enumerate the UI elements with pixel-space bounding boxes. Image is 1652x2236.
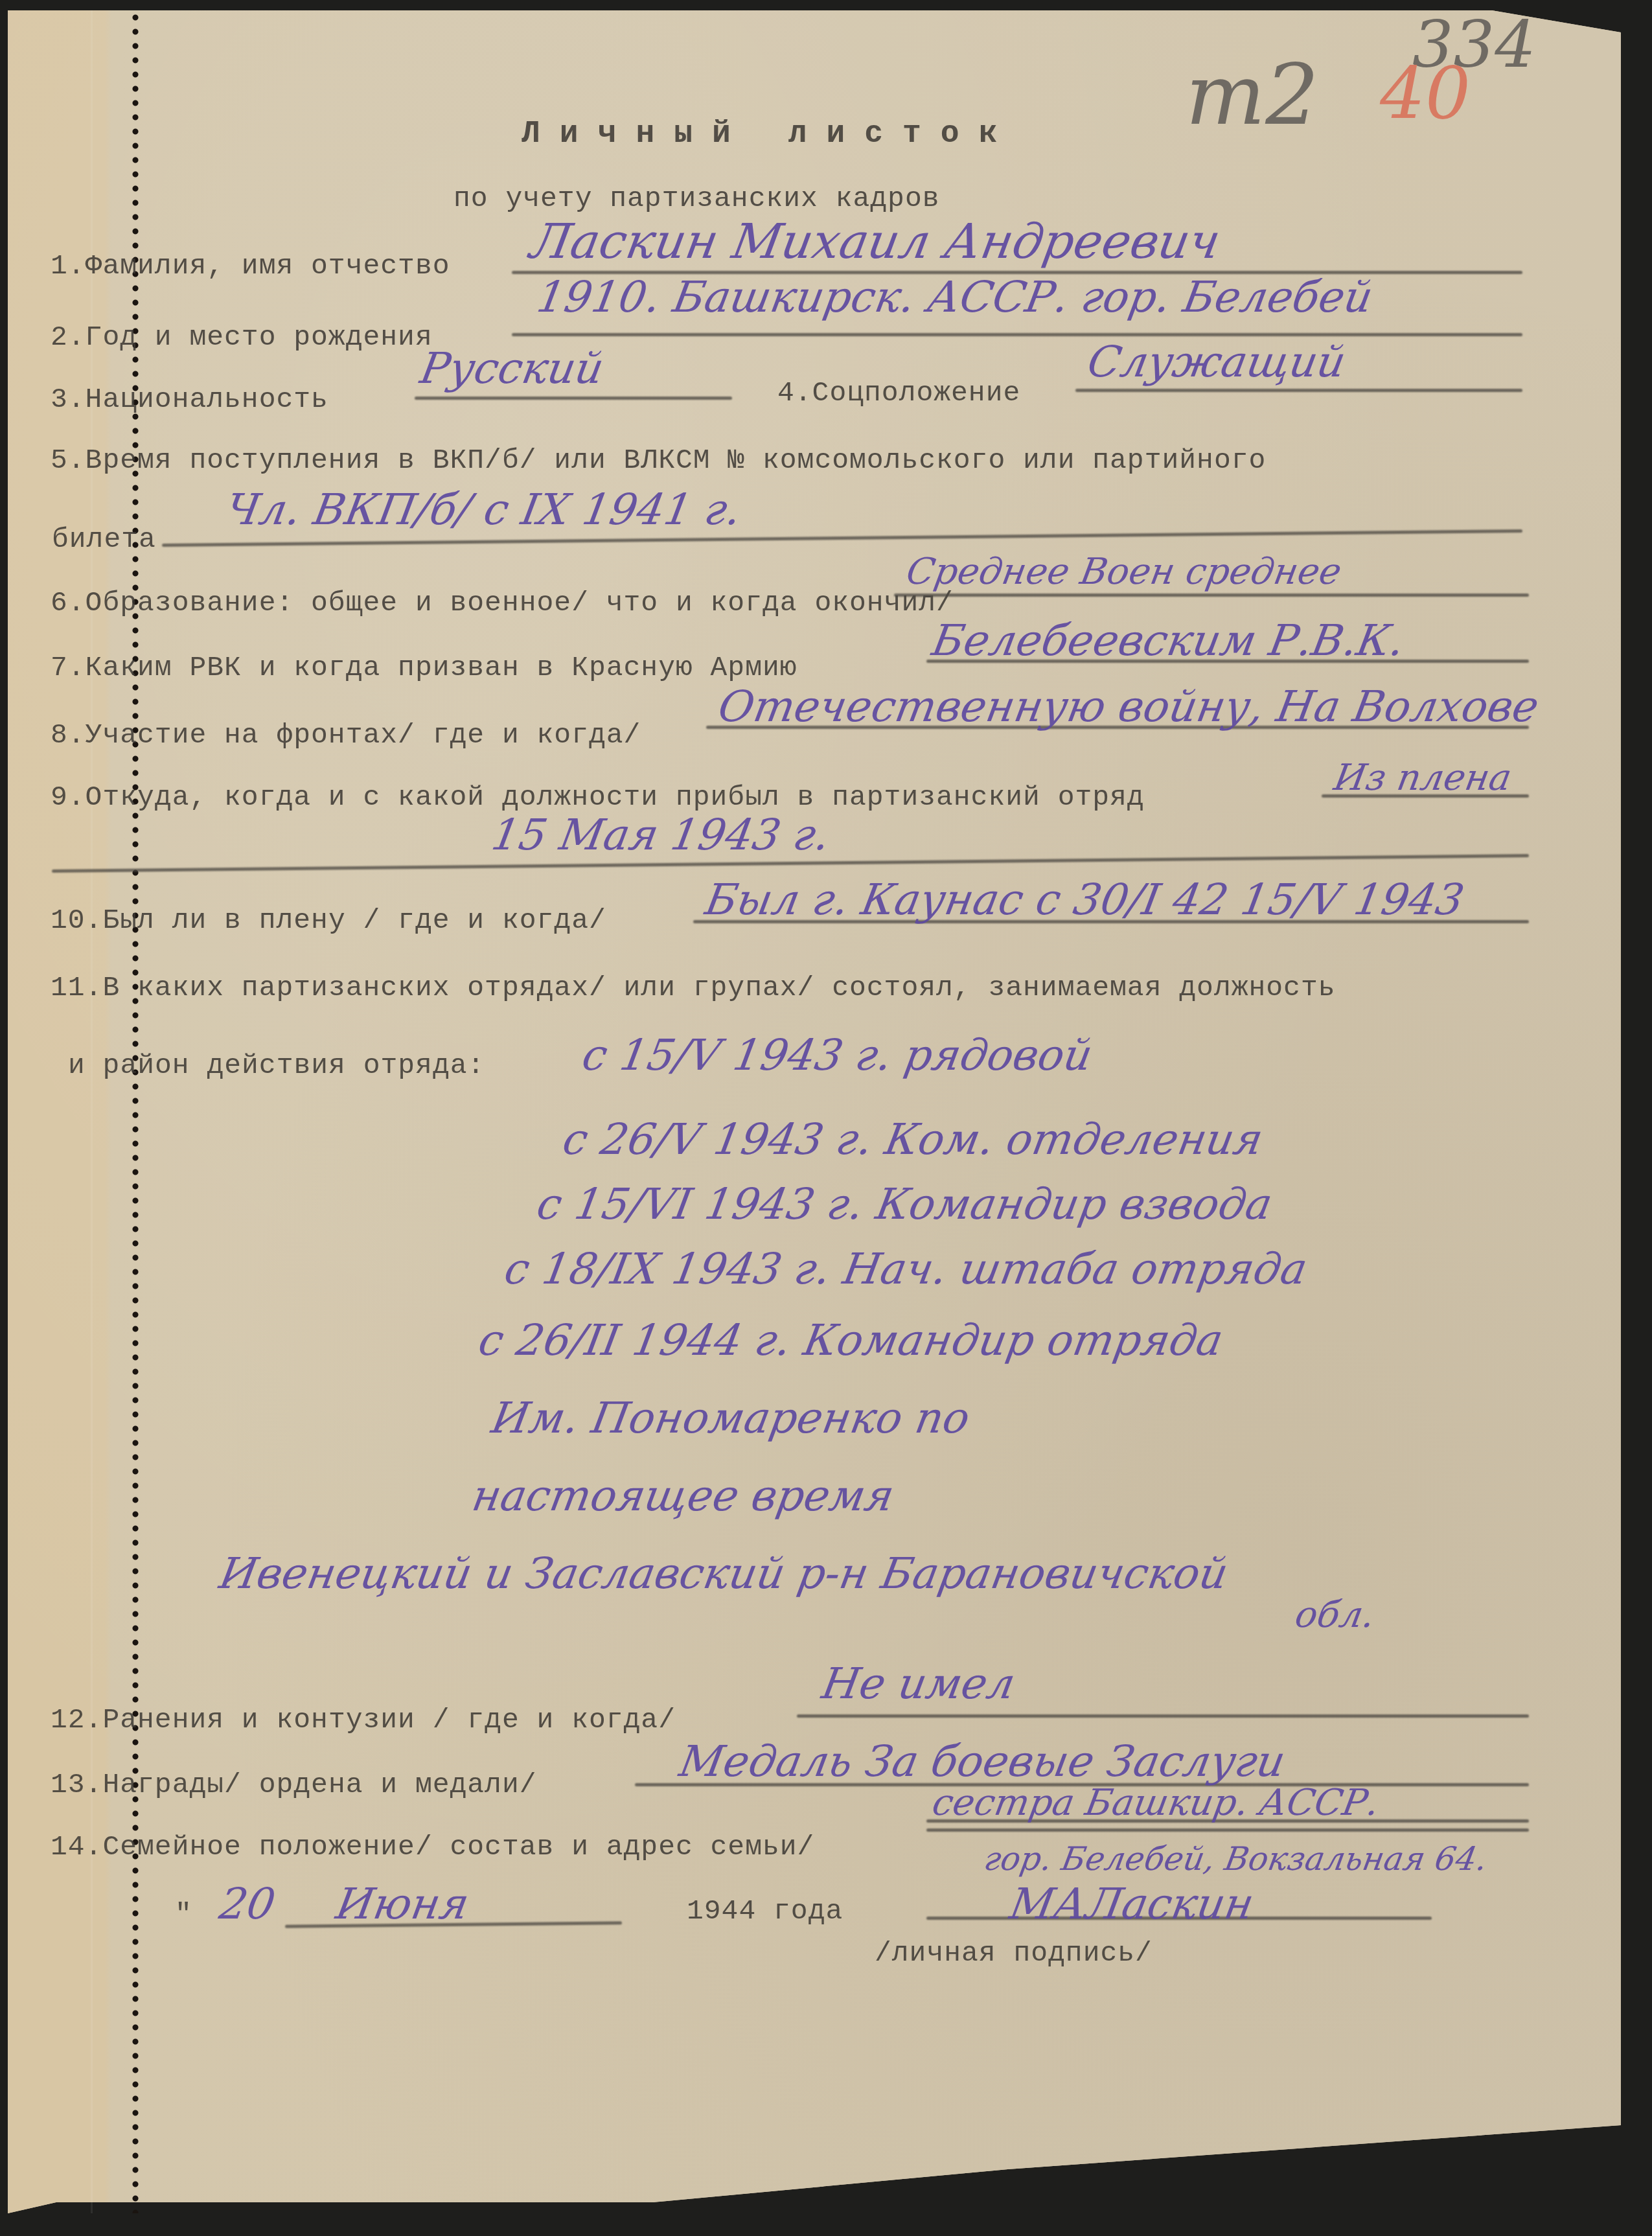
date-month: Июня [332,1879,472,1929]
field-14-value: сестра Башкир. АССР. [929,1782,1382,1824]
archive-red-mark: 40 [1380,52,1471,135]
field-11-entry: с 15/V 1943 г. рядовой [579,1030,1096,1080]
field-12-rule [797,1714,1529,1718]
field-5-label-cont: билета [52,524,156,555]
field-13-label: 13.Награды/ ордена и медали/ [51,1769,537,1801]
field-11-entry: Им. Пономаренко по [488,1393,974,1443]
field-3-rule [415,397,732,400]
field-14-label: 14.Семейное положение/ состав и адрес се… [51,1831,814,1863]
field-5-value: Чл. ВКП/б/ с IX 1941 г. [222,485,745,535]
field-11-entry: с 26/II 1944 г. Командир отряда [475,1315,1226,1365]
signature-caption: /личная подпись/ [875,1937,1153,1969]
field-10-value: Был г. Каунас с 30/I 42 15/V 1943 [702,875,1468,925]
field-1-value: Ласкин Михаил Андреевич [526,214,1224,270]
field-11-entry: обл. [1292,1594,1378,1636]
field-9-value: Из плена [1331,757,1515,799]
date-quote-mark: " [175,1898,192,1930]
field-11-entry: Ивенецкий и Заславский р-н Барановичской [216,1549,1232,1598]
field-9-value-cont: 15 Мая 1943 г. [488,810,833,860]
field-11-entry: настоящее время [468,1471,898,1521]
field-7-value: Белебеевским Р.В.К. [928,616,1408,665]
field-11-label: 11.В каких партизанских отрядах/ или гру… [51,972,1336,1004]
field-14-rule-2 [926,1828,1529,1832]
field-11-entry: с 26/V 1943 г. Ком. отделения [559,1114,1267,1164]
field-1-label: 1.Фамилия, имя отчество [51,250,450,282]
date-day: 20 [216,1879,279,1929]
field-3-value: Русский [417,343,608,393]
field-7-label: 7.Каким РВК и когда призван в Красную Ар… [51,652,797,684]
field-4-rule [1075,389,1522,392]
field-11-entry: с 18/IX 1943 г. Нач. штаба отряда [501,1244,1311,1294]
field-6-label: 6.Образование: общее и военное/ что и ко… [51,587,954,619]
document-subtitle: по учету партизанских кадров [453,183,940,214]
field-12-value: Не имел [818,1659,1018,1709]
field-2-value: 1910. Башкирск. АССР. гор. Белебей [533,272,1377,322]
field-10-label: 10.Был ли в плену / где и когда/ [51,905,606,936]
field-8-label: 8.Участие на фронтах/ где и когда/ [51,719,641,751]
field-4-label: 4.Соцположение [777,377,1020,409]
field-4-value: Служащий [1084,337,1349,387]
field-13-value: Медаль За боевые Заслуги [676,1736,1289,1786]
field-2-label: 2.Год и место рождения [51,321,433,353]
field-6-rule [894,594,1529,597]
field-3-label: 3.Национальность [51,384,328,415]
field-12-label: 12.Ранения и контузии / где и когда/ [51,1704,676,1736]
field-9-label: 9.Откуда, когда и с какой должности приб… [51,781,1145,813]
field-5-label: 5.Время поступления в ВКП/б/ или ВЛКСМ №… [51,444,1266,476]
field-14-value-cont: гор. Белебей, Вокзальная 64. [981,1840,1490,1878]
signature: МАЛаскин [1006,1879,1257,1929]
field-6-value: Среднее Воен среднее [903,551,1344,593]
field-11-entry: с 15/VI 1943 г. Командир взвода [533,1179,1276,1229]
field-2-rule [512,333,1522,336]
document-title: Личный листок [522,117,1016,152]
date-year: 1944 года [687,1895,843,1927]
archive-old-number: m2 [1186,45,1319,144]
field-11-label-cont: и район действия отряда: [68,1050,485,1081]
field-8-value: Отечественную войну, На Волхове [715,682,1543,732]
